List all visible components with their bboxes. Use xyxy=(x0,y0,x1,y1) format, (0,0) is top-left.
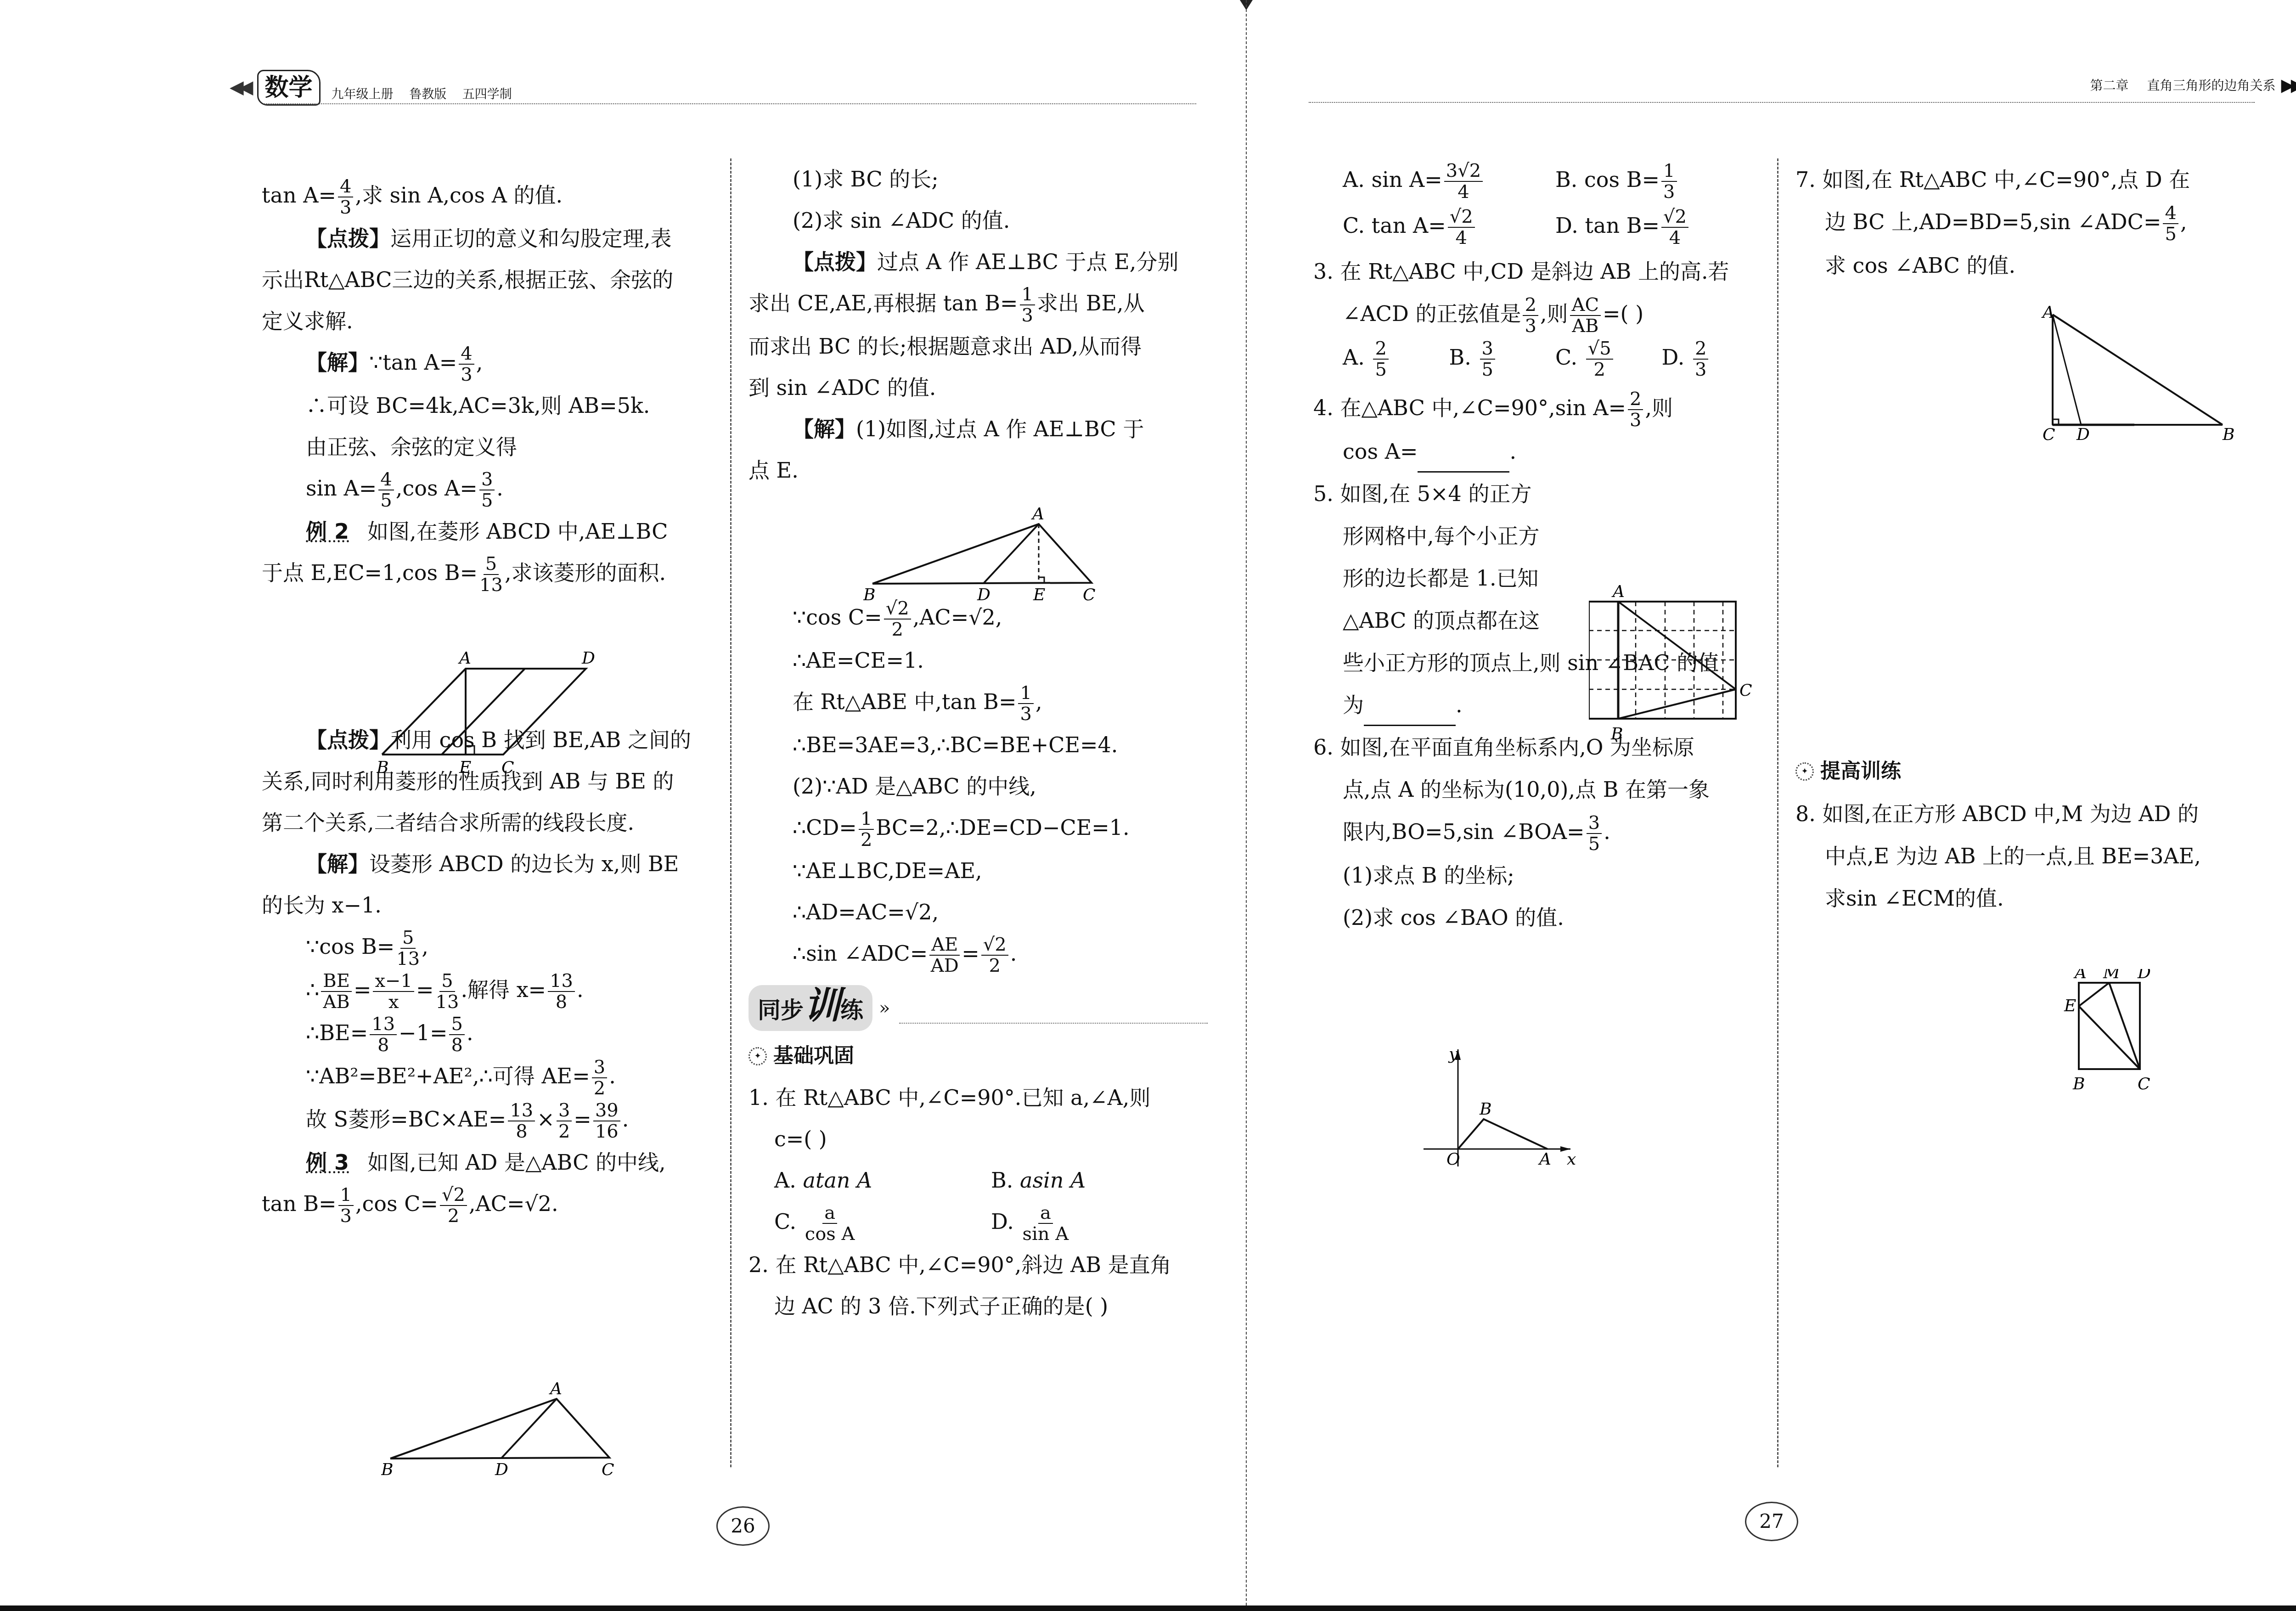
example-2-question-line: 于点 E,EC=1,cos B=513,求该菱形的面积. xyxy=(262,552,721,595)
question-6-line: 限内,BO=5,sin ∠BOA=35. xyxy=(1313,811,1768,854)
solution-line: 的长为 x−1. xyxy=(262,884,721,926)
grade-label: 九年级上册 xyxy=(332,87,394,101)
solution-line: (2)∵AD 是△ABC 的中线, xyxy=(748,766,1208,807)
answer-blank[interactable] xyxy=(1364,706,1456,726)
question-7-line: 求 cos ∠ABC 的值. xyxy=(1795,244,2278,287)
subject-logo: 数学 xyxy=(257,70,321,106)
header-rule xyxy=(1309,102,2255,103)
svg-text:C: C xyxy=(2043,425,2055,441)
solution-line: ∴sin ∠ADC=AEAD=√22. xyxy=(748,933,1208,976)
question-4: 4. 在△ABC 中,∠C=90°,sin A=23,则 xyxy=(1313,387,1768,430)
example-1-hint: 【点拨】运用正切的意义和勾股定理,表 xyxy=(262,218,721,259)
section-advanced-training: ✦提高训练 xyxy=(1795,750,2278,793)
option-c[interactable]: C. √52 xyxy=(1555,336,1662,387)
svg-text:B: B xyxy=(863,586,875,604)
option-a[interactable]: A. sin A=3√24 xyxy=(1343,158,1555,204)
double-chevron-icon: » xyxy=(879,987,890,1029)
svg-text:A: A xyxy=(2041,303,2054,322)
triangle-abc-median-figure: A B D C xyxy=(381,1382,620,1479)
fraction: 43 xyxy=(338,176,353,218)
example-3-solution: 【解】(1)如图,过点 A 作 AE⊥BC 于 xyxy=(748,408,1208,450)
triangle-abc-altitude-figure: A B D E C xyxy=(863,507,1102,604)
section-badge-icon: ✦ xyxy=(748,1047,767,1065)
svg-text:A: A xyxy=(1538,1150,1551,1166)
hint-line: 第二个关系,二者结合求所需的线段长度. xyxy=(262,802,721,843)
square-abcd-figure: A M D E B C xyxy=(2062,969,2181,1143)
question-part: (1)求 BC 的长; xyxy=(748,158,1208,200)
option-d[interactable]: D. tan B=√24 xyxy=(1555,204,1768,250)
solution-line: ∴BE=138−1=58. xyxy=(262,1012,721,1055)
coordinate-plane-figure: y B O A x xyxy=(1424,1029,1580,1166)
example-2-question: 例 2如图,在菱形 ABCD 中,AE⊥BC xyxy=(262,511,721,552)
option-b[interactable]: B. cos B=13 xyxy=(1555,158,1768,204)
svg-text:B: B xyxy=(2072,1075,2085,1093)
solution-line: ∴BE=3AE=3,∴BC=BE+CE=4. xyxy=(748,724,1208,766)
question-2-options: C. tan A=√24 D. tan B=√24 xyxy=(1313,204,1768,250)
hint-line: 而求出 BC 的长;根据题意求出 AD,从而得 xyxy=(748,326,1208,367)
question-part: (1)求点 B 的坐标; xyxy=(1313,854,1768,896)
solution-line: ∵AE⊥BC,DE=AE, xyxy=(748,850,1208,891)
solution-line: ∴可设 BC=4k,AC=3k,则 AB=5k. xyxy=(262,385,721,426)
svg-text:y: y xyxy=(1448,1045,1458,1064)
solution-line: ∴CD=12BC=2,∴DE=CD−CE=1. xyxy=(748,807,1208,850)
option-d[interactable]: D. 23 xyxy=(1662,336,1768,387)
svg-text:E: E xyxy=(2064,997,2076,1015)
book-info: 九年级上册 鲁教版 五四学制 xyxy=(332,84,524,102)
solution-line: ∵AB²=BE²+AE²,∴可得 AE=32. xyxy=(262,1055,721,1098)
question-8: 8. 如图,在正方形 ABCD 中,M 为边 AD 的 xyxy=(1795,793,2278,835)
page-number-26: 26 xyxy=(716,1506,770,1546)
solution-line: ∴AD=AC=√2, xyxy=(748,891,1208,933)
example-3-question: 例 3如图,已知 AD 是△ABC 的中线, xyxy=(262,1142,721,1183)
svg-text:A: A xyxy=(2073,969,2087,982)
hint-line: 示出Rt△ABC三边的关系,根据正弦、余弦的 xyxy=(262,259,721,300)
question-2-options: A. sin A=3√24 B. cos B=13 xyxy=(1313,158,1768,204)
scan-edge xyxy=(0,1605,2296,1611)
svg-text:D: D xyxy=(2137,969,2151,982)
svg-text:D: D xyxy=(495,1460,508,1479)
solution-line: ∴BEAB=x−1x=513.解得 x=138. xyxy=(262,969,721,1012)
header-rule xyxy=(264,103,1196,104)
option-b[interactable]: B. asin A xyxy=(991,1160,1208,1201)
example-3-hint: 【点拨】过点 A 作 AE⊥BC 于点 E,分别 xyxy=(748,241,1208,282)
option-c[interactable]: C. tan A=√24 xyxy=(1343,204,1555,250)
svg-text:D: D xyxy=(977,586,990,604)
svg-text:D: D xyxy=(2076,425,2090,441)
solution-line: 故 S菱形=BC×AE=138×32=3916. xyxy=(262,1098,721,1142)
example-3-question-line: tan B=13,cos C=√22,AC=√2. xyxy=(262,1183,721,1226)
question-8-line: 求sin ∠ECM的值. xyxy=(1795,877,2278,919)
svg-text:A: A xyxy=(549,1382,562,1398)
left-page-column-2: (1)求 BC 的长; (2)求 sin ∠ADC 的值. 【点拨】过点 A 作… xyxy=(748,158,1208,1327)
solution-line: 点 E. xyxy=(748,450,1208,491)
example-1-question-tail: tan A=43,求 sin A,cos A 的值. xyxy=(262,175,721,218)
right-page-column-1: A. sin A=3√24 B. cos B=13 C. tan A=√24 D… xyxy=(1313,158,1768,939)
right-page-column-2: 7. 如图,在 Rt△ABC 中,∠C=90°,点 D 在 边 BC 上,AD=… xyxy=(1795,158,2278,919)
right-triangle-abc-figure: A C D B xyxy=(2039,303,2250,441)
right-page-header: 第二章 直角三角形的边角关系 ▶▶ xyxy=(2090,69,2296,101)
question-3-options: A. 25 B. 35 C. √52 D. 23 xyxy=(1313,336,1768,387)
option-d[interactable]: D. asin A xyxy=(991,1201,1208,1244)
question-3-line: ∠ACD 的正弦值是23,则ACAB=( ) xyxy=(1313,293,1768,336)
question-1-options: A. atan A B. asin A xyxy=(748,1160,1208,1201)
question-1-options: C. acos A D. asin A xyxy=(748,1201,1208,1244)
header-arrows-icon: ▶▶ xyxy=(2281,75,2296,95)
solution-line: 由正弦、余弦的定义得 xyxy=(262,426,721,468)
column-divider xyxy=(730,158,732,1467)
solution-line: ∴AE=CE=1. xyxy=(748,640,1208,681)
page-number-27: 27 xyxy=(1745,1502,1798,1541)
example-2-solution: 【解】设菱形 ABCD 的边长为 x,则 BE xyxy=(262,843,721,884)
question-7-line: 边 BC 上,AD=BD=5,sin ∠ADC=45, xyxy=(1795,201,2278,244)
section-basic-consolidation: ✦基础巩固 xyxy=(748,1036,1208,1077)
chapter-label: 第二章 xyxy=(2090,76,2129,94)
question-part: (2)求 sin ∠ADC 的值. xyxy=(748,200,1208,241)
sync-training-banner: 同步训练 » xyxy=(748,985,1208,1031)
svg-text:B: B xyxy=(1479,1100,1491,1119)
option-a[interactable]: A. 25 xyxy=(1343,336,1449,387)
svg-text:C: C xyxy=(2138,1075,2150,1093)
svg-text:C: C xyxy=(1739,681,1752,700)
question-2-line: 边 AC 的 3 倍.下列式子正确的是( ) xyxy=(748,1285,1208,1327)
svg-text:C: C xyxy=(1083,586,1096,604)
left-page-header: ◀◀ 数学 九年级上册 鲁教版 五四学制 xyxy=(230,69,524,106)
svg-text:B: B xyxy=(377,758,388,776)
question-8-line: 中点,E 为边 AB 上的一点,且 BE=3AE, xyxy=(1795,835,2278,877)
example-1-solution: 【解】∵tan A=43, xyxy=(262,342,721,385)
svg-text:D: D xyxy=(581,649,595,668)
svg-text:x: x xyxy=(1567,1150,1576,1166)
question-5: 5. 如图,在 5×4 的正方 xyxy=(1313,473,1768,515)
svg-text:B: B xyxy=(2222,425,2234,441)
question-6-line: 点,点 A 的坐标为(10,0),点 B 在第一象 xyxy=(1313,768,1768,811)
question-2: 2. 在 Rt△ABC 中,∠C=90°,斜边 AB 是直角 xyxy=(748,1244,1208,1285)
question-7: 7. 如图,在 Rt△ABC 中,∠C=90°,点 D 在 xyxy=(1795,158,2278,201)
svg-text:O: O xyxy=(1446,1150,1460,1166)
rhombus-abcd-figure: A D B E C xyxy=(377,643,615,776)
svg-text:M: M xyxy=(2103,969,2121,982)
question-part: (2)求 cos ∠BAO 的值. xyxy=(1313,896,1768,939)
question-1: 1. 在 Rt△ABC 中,∠C=90°.已知 a,∠A,则 xyxy=(748,1077,1208,1118)
svg-text:E: E xyxy=(459,758,471,776)
answer-blank[interactable] xyxy=(1418,453,1509,473)
solution-line: sin A=45,cos A=35. xyxy=(262,468,721,511)
option-a[interactable]: A. atan A xyxy=(774,1160,991,1201)
grid-5x4-triangle-figure: A B C xyxy=(1589,579,1763,744)
edition-label: 鲁教版 xyxy=(409,87,446,101)
chapter-title: 直角三角形的边角关系 xyxy=(2147,76,2276,94)
option-c[interactable]: C. acos A xyxy=(774,1201,991,1244)
svg-text:B: B xyxy=(1610,725,1623,744)
svg-text:C: C xyxy=(602,1460,614,1479)
question-1-line: c=( ) xyxy=(748,1118,1208,1160)
page-gutter xyxy=(1246,0,1247,1611)
solution-line: ∵cos B=513, xyxy=(262,926,721,969)
column-divider xyxy=(1777,158,1778,1467)
svg-text:A: A xyxy=(458,649,471,668)
option-b[interactable]: B. 35 xyxy=(1449,336,1556,387)
svg-text:C: C xyxy=(501,758,514,776)
system-label: 五四学制 xyxy=(462,87,512,101)
svg-text:E: E xyxy=(1033,586,1045,604)
svg-text:A: A xyxy=(1611,582,1625,601)
question-3: 3. 在 Rt△ABC 中,CD 是斜边 AB 上的高.若 xyxy=(1313,250,1768,293)
hint-line: 求出 CE,AE,再根据 tan B=13求出 BE,从 xyxy=(748,282,1208,326)
solution-line: 在 Rt△ABE 中,tan B=13, xyxy=(748,681,1208,724)
section-badge-icon: ✦ xyxy=(1795,762,1814,781)
svg-text:A: A xyxy=(1031,507,1044,524)
question-5-line: 形网格中,每个小正方 xyxy=(1313,515,1768,557)
svg-text:B: B xyxy=(381,1460,393,1479)
hint-line: 定义求解. xyxy=(262,300,721,342)
question-4-answer: cos A=. xyxy=(1313,430,1768,473)
header-arrows-icon: ◀◀ xyxy=(230,69,249,106)
hint-line: 到 sin ∠ADC 的值. xyxy=(748,367,1208,408)
